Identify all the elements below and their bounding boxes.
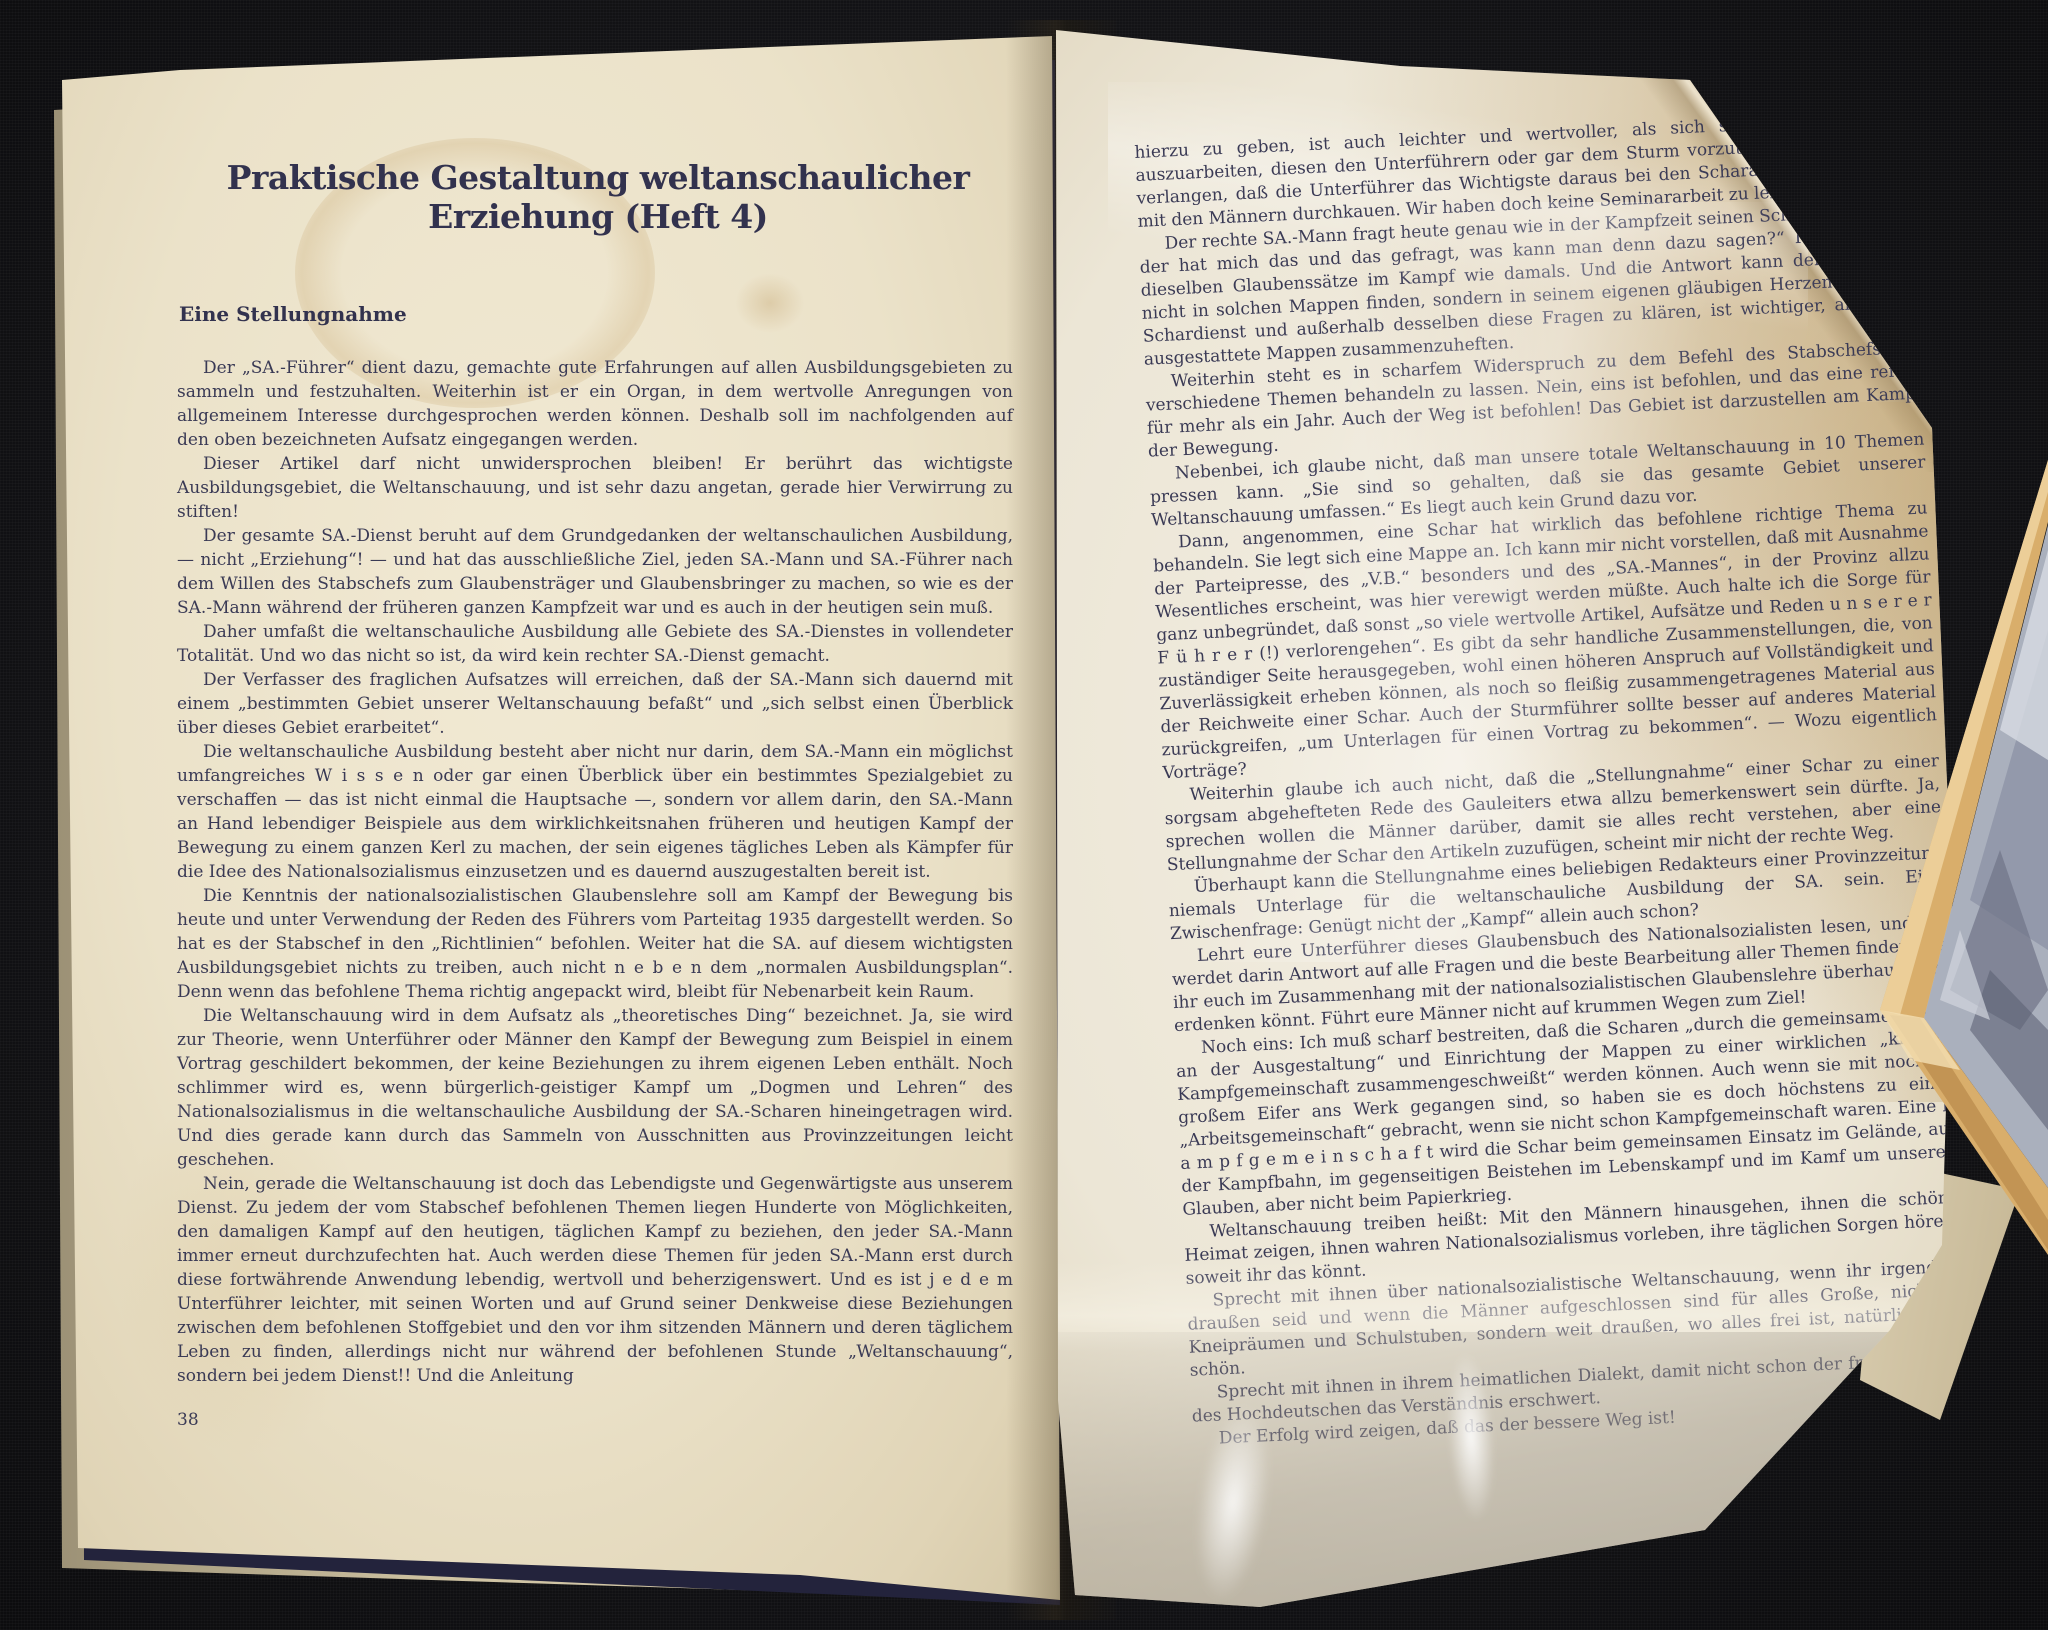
paragraph: Dieser Artikel darf nicht unwidersproche…	[177, 452, 1013, 524]
paragraph: Die weltanschauliche Ausbildung besteht …	[177, 740, 1013, 884]
paragraph: Daher umfaßt die weltanschauliche Ausbil…	[177, 620, 1013, 668]
open-book-photo: Praktische Gestaltung weltanschaulicher …	[0, 0, 2048, 1630]
article-title: Praktische Gestaltung weltanschaulicher …	[183, 158, 1013, 236]
section-heading: Eine Stellungnahme	[179, 302, 1013, 326]
paragraph: Der Verfasser des fraglichen Aufsatzes w…	[177, 668, 1013, 740]
left-page-content: Praktische Gestaltung weltanschaulicher …	[177, 158, 1013, 1430]
left-page: Praktische Gestaltung weltanschaulicher …	[55, 28, 1060, 1608]
left-page-number: 38	[177, 1410, 1013, 1430]
paragraph: Die Weltanschauung wird in dem Aufsatz a…	[177, 1004, 1013, 1172]
framed-photo-corner	[1850, 430, 2048, 1340]
laminated-tape-area	[1058, 1332, 1978, 1630]
paragraph: Die Kenntnis der nationalsozialistischen…	[177, 884, 1013, 1004]
left-page-text: Der „SA.-Führer“ dient dazu, gemachte gu…	[177, 356, 1013, 1388]
paragraph: Der gesamte SA.-Dienst beruht auf dem Gr…	[177, 524, 1013, 620]
paragraph: Nein, gerade die Weltanschauung ist doch…	[177, 1172, 1013, 1388]
paragraph: Der „SA.-Führer“ dient dazu, gemachte gu…	[177, 356, 1013, 452]
paragraph: Noch eins: Ich muß scharf bestreiten, da…	[1175, 1003, 1959, 1222]
